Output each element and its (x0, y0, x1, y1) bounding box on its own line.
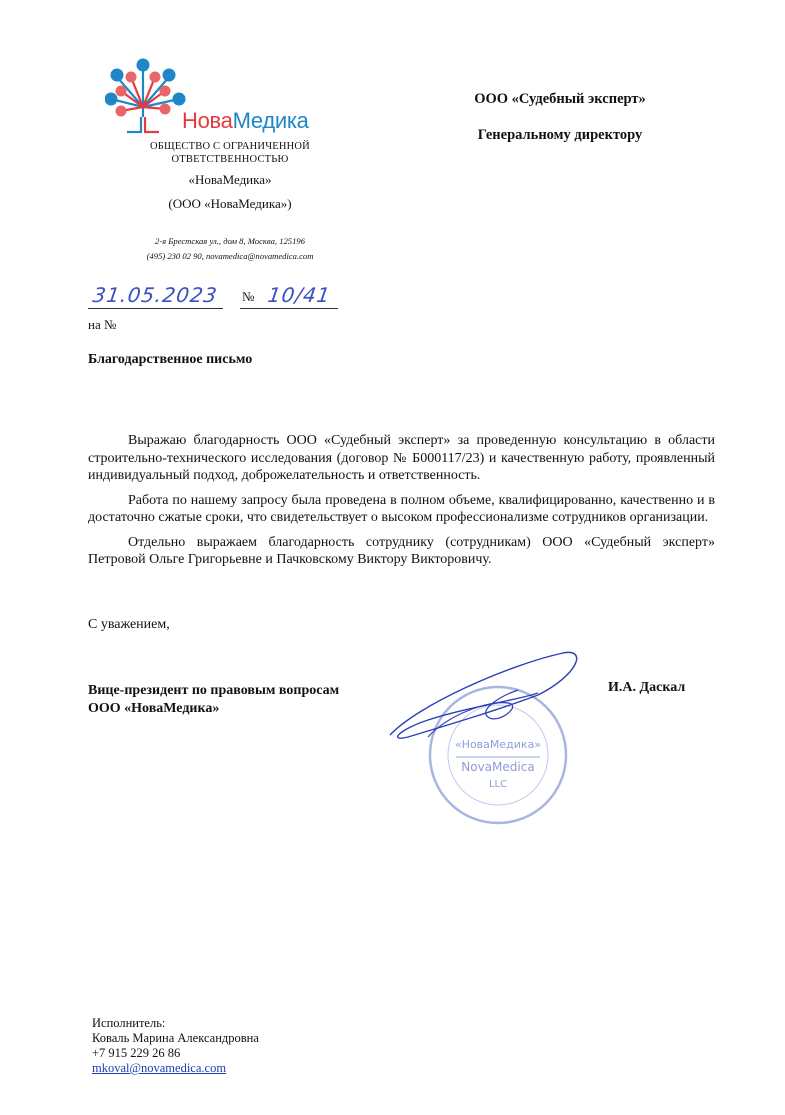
executor-block: Исполнитель: Коваль Марина Александровна… (92, 1016, 259, 1076)
brand-part-nova: Нова (182, 108, 233, 133)
body-paragraph: Отдельно выражаем благодарность сотрудни… (88, 534, 715, 569)
closing-phrase: С уважением, (88, 617, 170, 633)
executor-label: Исполнитель: (92, 1016, 259, 1031)
executor-name: Коваль Марина Александровна (92, 1031, 259, 1046)
number-label: № (242, 289, 254, 305)
brand-wordmark: НоваМедика (182, 108, 309, 134)
signer-position-line1: Вице-президент по правовым вопросам (88, 682, 339, 700)
org-legal-form: ОБЩЕСТВО С ОГРАНИЧЕННОЙ ОТВЕТСТВЕННОСТЬЮ (130, 140, 330, 166)
org-form-line2: ОТВЕТСТВЕННОСТЬЮ (130, 153, 330, 166)
recipient-org: ООО «Судебный эксперт» (440, 91, 680, 108)
signer-position: Вице-президент по правовым вопросам ООО … (88, 682, 339, 718)
executor-phone: +7 915 229 26 86 (92, 1046, 259, 1061)
org-form-line1: ОБЩЕСТВО С ОГРАНИЧЕННОЙ (130, 140, 330, 153)
org-address: 2-я Брестская ул., дом 8, Москва, 125196… (120, 234, 340, 264)
company-stamp-icon: «НоваМедика» NovaMedica LLC (388, 645, 588, 830)
org-short-name: (ООО «НоваМедика») (130, 196, 330, 212)
body-paragraph: Выражаю благодарность ООО «Судебный эксп… (88, 432, 715, 485)
brand-part-medika: Медика (233, 108, 309, 133)
address-line1: 2-я Брестская ул., дом 8, Москва, 125196 (120, 234, 340, 249)
letter-date: 31.05.2023 (91, 283, 219, 307)
body-paragraph: Работа по нашему запросу была проведена … (88, 492, 715, 527)
reference-number-label: на № (88, 317, 116, 333)
svg-text:«НоваМедика»: «НоваМедика» (455, 738, 541, 751)
letter-body: Выражаю благодарность ООО «Судебный эксп… (88, 432, 715, 576)
svg-text:LLC: LLC (489, 779, 507, 790)
org-name: «НоваМедика» (130, 172, 330, 188)
signer-name: И.А. Даскал (608, 680, 685, 696)
executor-email-link[interactable]: mkoval@novamedica.com (92, 1061, 226, 1075)
recipient-title: Генеральному директору (440, 127, 680, 144)
letter-subject: Благодарственное письмо (88, 352, 252, 368)
address-line2: (495) 230 02 90, novamedica@novamedica.c… (120, 249, 340, 264)
signer-position-line2: ООО «НоваМедика» (88, 700, 339, 718)
letter-number: 10/41 (266, 283, 332, 307)
svg-text:NovaMedica: NovaMedica (461, 760, 534, 774)
